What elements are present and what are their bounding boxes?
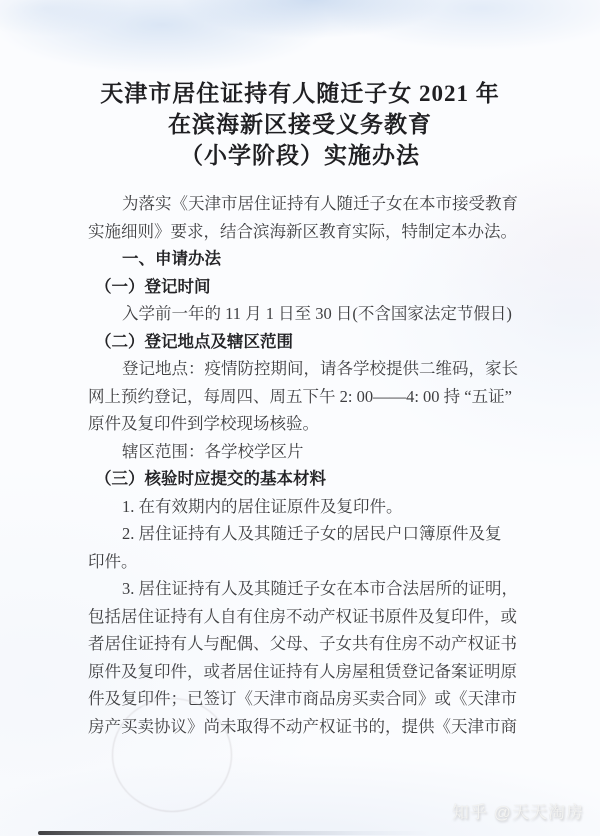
subsection-heading: （三）核验时应提交的基本材料 — [88, 465, 528, 493]
paragraph-line: 原件及复印件到学校现场核验。 — [88, 410, 528, 438]
title-line: 在滨海新区接受义务教育 — [0, 109, 600, 140]
list-item-line: 者居住证持有人与配偶、父母、子女共有住房不动产权证书 — [88, 630, 528, 658]
list-item-line: 2. 居住证持有人及其随迁子女的居民户口簿原件及复 — [88, 520, 528, 548]
document-body: 为落实《天津市居住证持有人随迁子女在本市接受教育 实施细则》要求，结合滨海新区教… — [88, 190, 528, 740]
list-item-line: 3. 居住证持有人及其随迁子女在本市合法居所的证明， — [88, 575, 528, 603]
title-line: （小学阶段）实施办法 — [0, 140, 600, 171]
subsection-heading: （二）登记地点及辖区范围 — [88, 328, 528, 356]
list-item-line: 印件。 — [88, 548, 528, 576]
list-item-line: 1. 在有效期内的居住证原件及复印件。 — [88, 493, 528, 521]
document-title: 天津市居住证持有人随迁子女 2021 年 在滨海新区接受义务教育 （小学阶段）实… — [0, 78, 600, 171]
title-line: 天津市居住证持有人随迁子女 2021 年 — [0, 78, 600, 109]
scanned-document-page: 天津市居住证持有人随迁子女 2021 年 在滨海新区接受义务教育 （小学阶段）实… — [0, 0, 600, 836]
subsection-heading: （一）登记时间 — [88, 273, 528, 301]
paragraph-line: 入学前一年的 11 月 1 日至 30 日(不含国家法定节假日) — [88, 300, 528, 328]
paragraph-line: 辖区范围：各学校学区片 — [88, 438, 528, 466]
zhihu-watermark: 知乎 @天天淘房 — [452, 798, 584, 823]
list-item-line: 原件及复印件，或者居住证持有人房屋租赁登记备案证明原 — [88, 658, 528, 686]
paragraph-line: 实施细则》要求，结合滨海新区教育实际，特制定本办法。 — [88, 218, 528, 246]
paragraph-line: 为落实《天津市居住证持有人随迁子女在本市接受教育 — [88, 190, 528, 218]
section-heading: 一、申请办法 — [88, 245, 528, 273]
paragraph-line: 网上预约登记，每周四、周五下午 2: 00——4: 00 持 “五证” — [88, 383, 528, 411]
paragraph-line: 登记地点：疫情防控期间，请各学校提供二维码，家长 — [88, 355, 528, 383]
list-item-line: 包括居住证持有人自有住房不动产权证书原件及复印件，或 — [88, 603, 528, 631]
faint-stamp-circle — [112, 698, 232, 812]
scan-edge-artifact — [38, 831, 430, 835]
